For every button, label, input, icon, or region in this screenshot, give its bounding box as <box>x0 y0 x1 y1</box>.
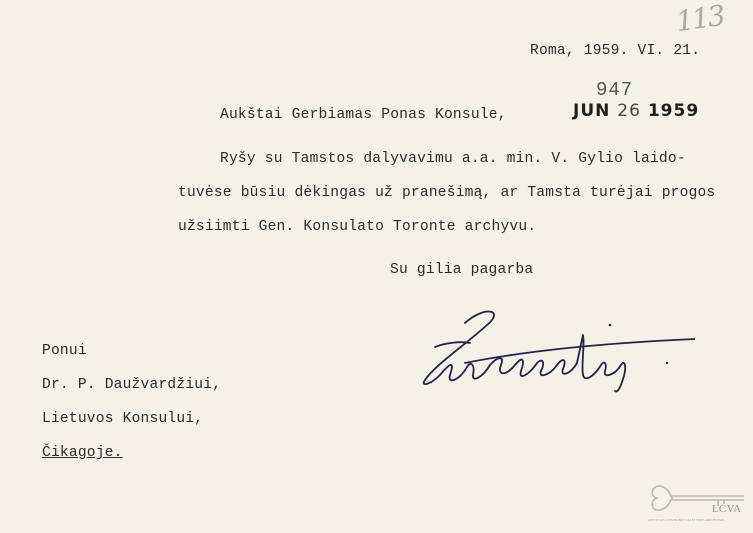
recipient-line-3: Lietuvos Konsului, <box>42 411 203 427</box>
stamp-number: 947 <box>596 79 633 101</box>
received-stamp: JUN 26 1959 <box>573 101 699 121</box>
recipient-line-4: Čikagoje. <box>42 445 123 461</box>
recipient-line-2: Dr. P. Daužvardžiui, <box>42 377 221 393</box>
body-line-3: užsiimti Gen. Konsulato Toronte archyvu. <box>178 219 536 235</box>
body-line-2: tuvėse būsiu dėkingas už pranešimą, ar T… <box>178 185 715 201</box>
stamp-year: 1959 <box>648 101 699 121</box>
recipient-line-1: Ponui <box>42 343 87 359</box>
salutation: Aukštai Gerbiamas Ponas Konsule, <box>220 107 507 123</box>
stamp-day: 26 <box>617 101 641 121</box>
place-date: Roma, 1959. VI. 21. <box>530 43 700 59</box>
watermark-label: LCVA <box>712 503 741 515</box>
watermark-subtitle: LIETUVOS CENTRINIS VALSTYBĖS ARCHYVAS <box>648 518 724 522</box>
signature-icon <box>405 305 695 395</box>
body-line-1: Ryšy su Tamstos dalyvavimu a.a. min. V. … <box>220 151 686 167</box>
stamp-month: JUN <box>573 101 610 121</box>
letter-page: 113 Roma, 1959. VI. 21. 947 JUN 26 1959 … <box>0 0 753 533</box>
closing: Su gilia pagarba <box>390 262 533 278</box>
archive-number: 113 <box>674 0 726 38</box>
